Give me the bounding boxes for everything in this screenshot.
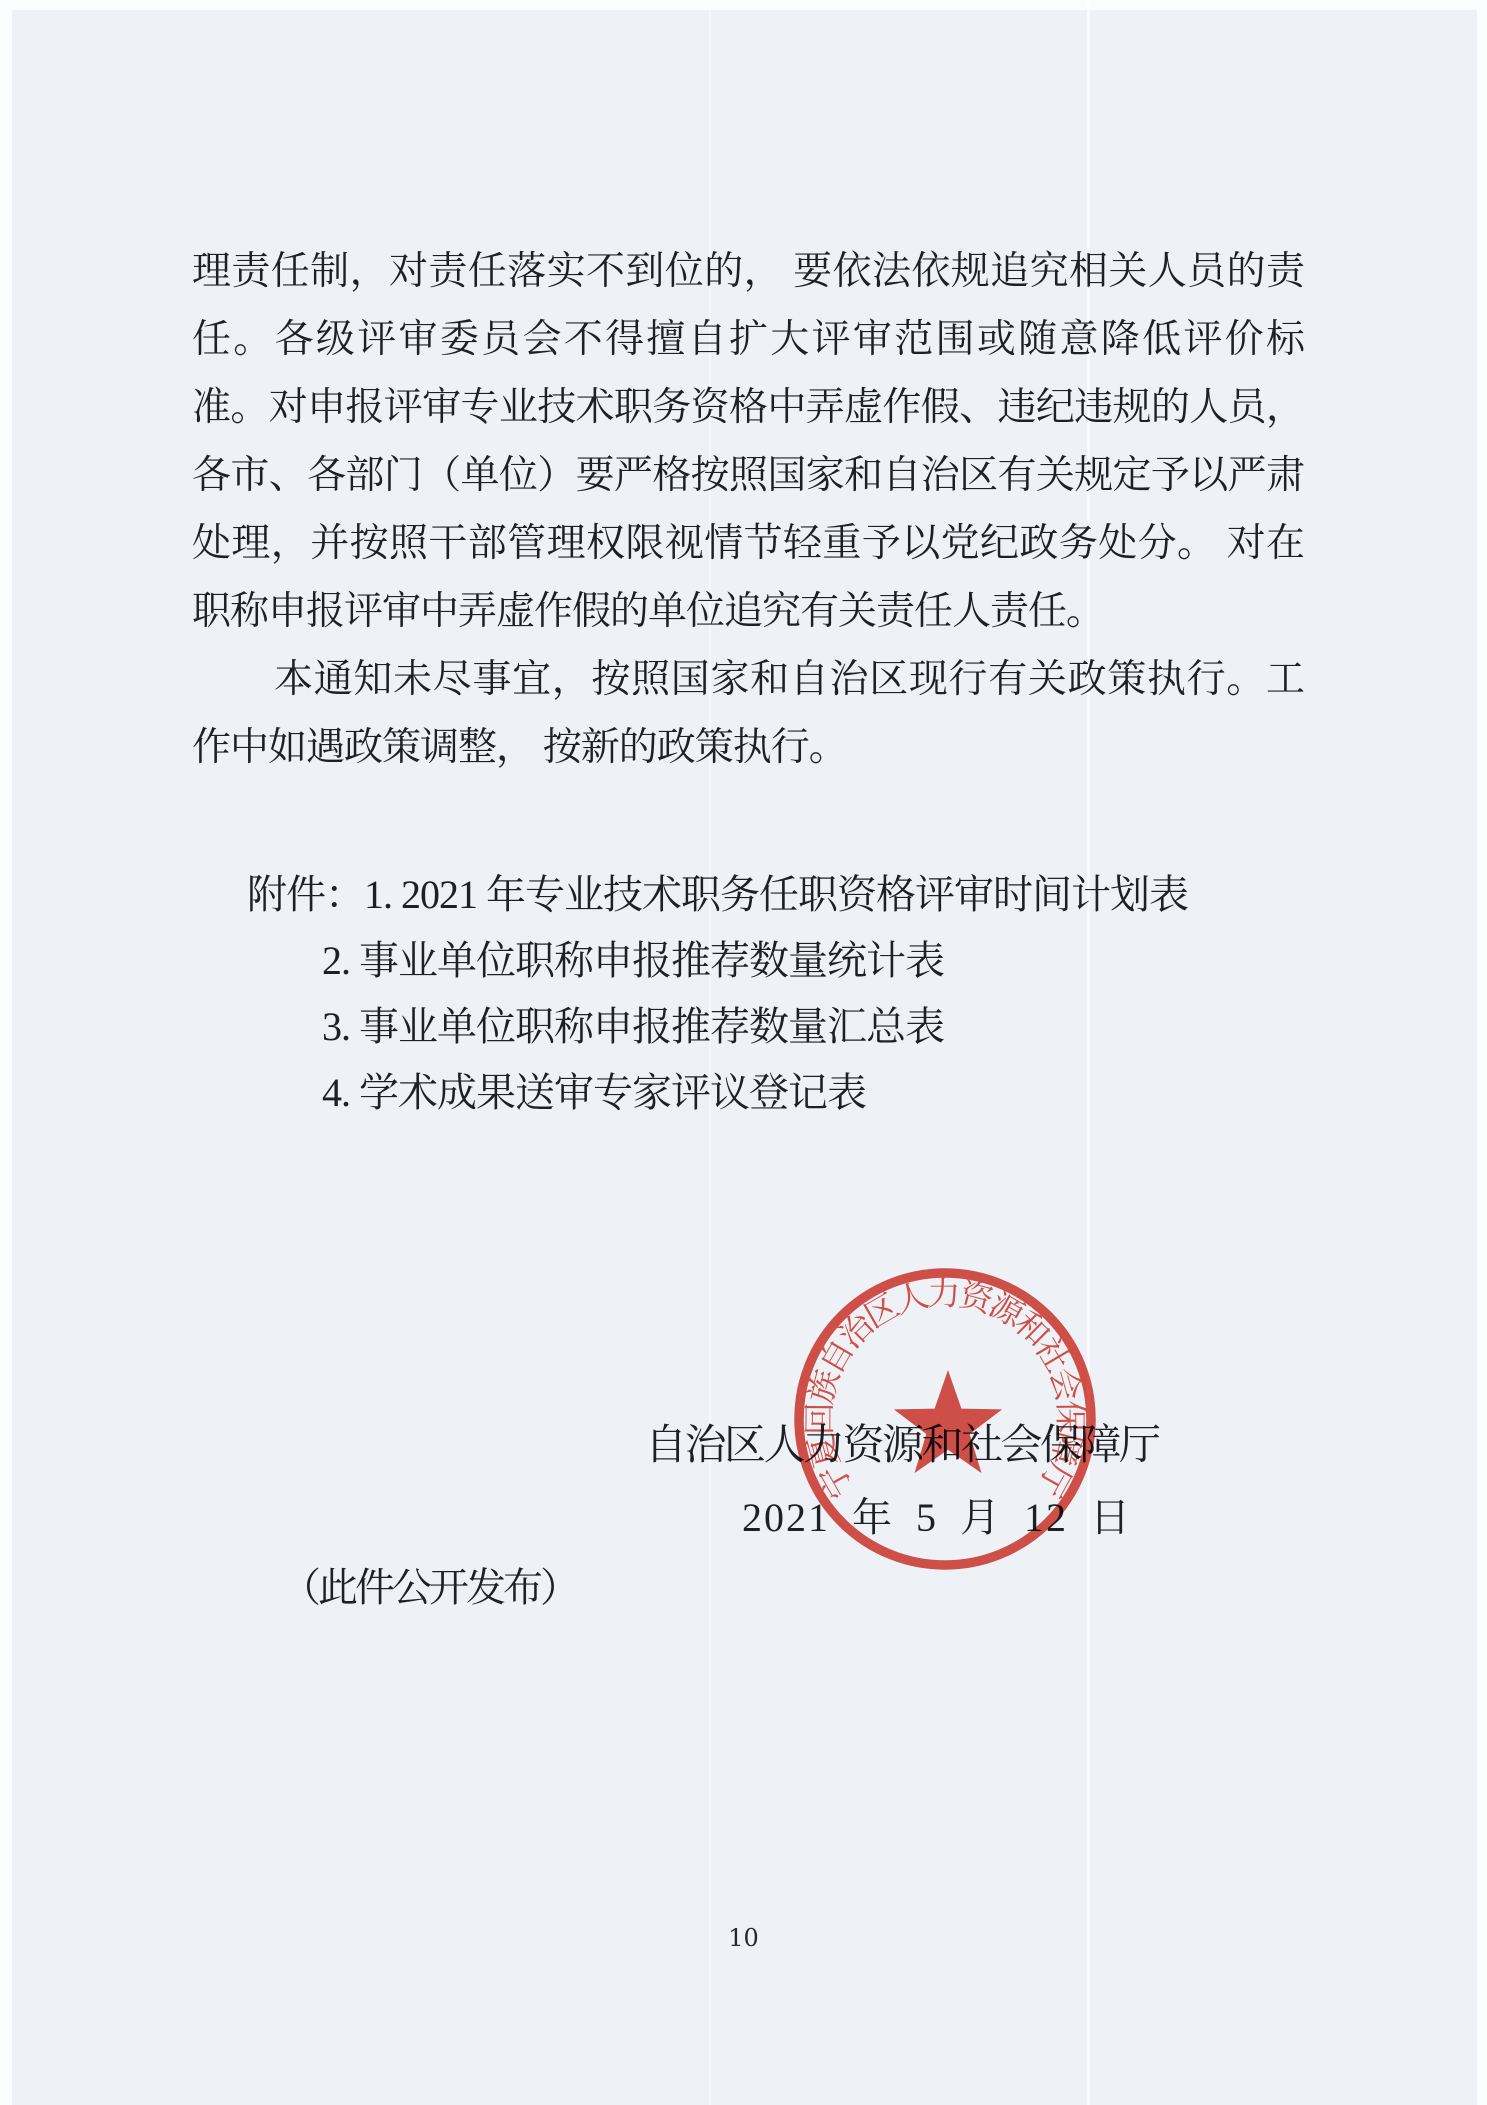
scan-edge-top	[0, 0, 1487, 10]
scan-edge-left	[0, 0, 12, 2105]
body-line: 职称申报评审中弄虚作假的单位追究有关责任人责任。	[192, 578, 1304, 646]
notice-body-paragraphs: 理责任制，对责任落实不到位的， 要依法依规追究相关人员的责 任。各级评审委员会不…	[192, 238, 1304, 782]
scan-edge-right	[1477, 0, 1487, 2105]
attachment-item: 4. 学术成果送审专家评议登记表	[247, 1060, 1347, 1126]
scanned-page: 理责任制，对责任落实不到位的， 要依法依规追究相关人员的责 任。各级评审委员会不…	[0, 0, 1487, 2105]
body-line: 任。各级评审委员会不得擅自扩大评审范围或随意降低评价标	[192, 306, 1304, 374]
body-line: 本通知未尽事宜，按照国家和自治区现行有关政策执行。工	[192, 646, 1304, 714]
public-release-note: （此件公开发布）	[281, 1556, 577, 1613]
official-seal-stamp: 宁夏回族自治区人力资源和社会保障厅	[785, 1259, 1105, 1579]
attachment-line: 附件：1. 2021 年专业技术职务任职资格评审时间计划表	[247, 862, 1347, 928]
attachment-item: 3. 事业单位职称申报推荐数量汇总表	[247, 994, 1347, 1060]
attachment-item: 1. 2021 年专业技术职务任职资格评审时间计划表	[364, 872, 1188, 917]
attachment-item: 2. 事业单位职称申报推荐数量统计表	[247, 928, 1347, 994]
attachment-list: 附件：1. 2021 年专业技术职务任职资格评审时间计划表 2. 事业单位职称申…	[247, 862, 1347, 1126]
star-icon	[894, 1370, 1002, 1473]
attachment-label: 附件：	[247, 872, 364, 917]
body-line: 作中如遇政策调整， 按新的政策执行。	[192, 714, 1304, 782]
body-line: 准。对申报评审专业技术职务资格中弄虚作假、违纪违规的人员，	[192, 374, 1304, 442]
body-line: 各市、各部门（单位）要严格按照国家和自治区有关规定予以严肃	[192, 442, 1304, 510]
page-number: 10	[0, 1924, 1487, 1952]
body-line: 理责任制，对责任落实不到位的， 要依法依规追究相关人员的责	[192, 238, 1304, 306]
body-line: 处理，并按照干部管理权限视情节轻重予以党纪政务处分。 对在	[192, 510, 1304, 578]
